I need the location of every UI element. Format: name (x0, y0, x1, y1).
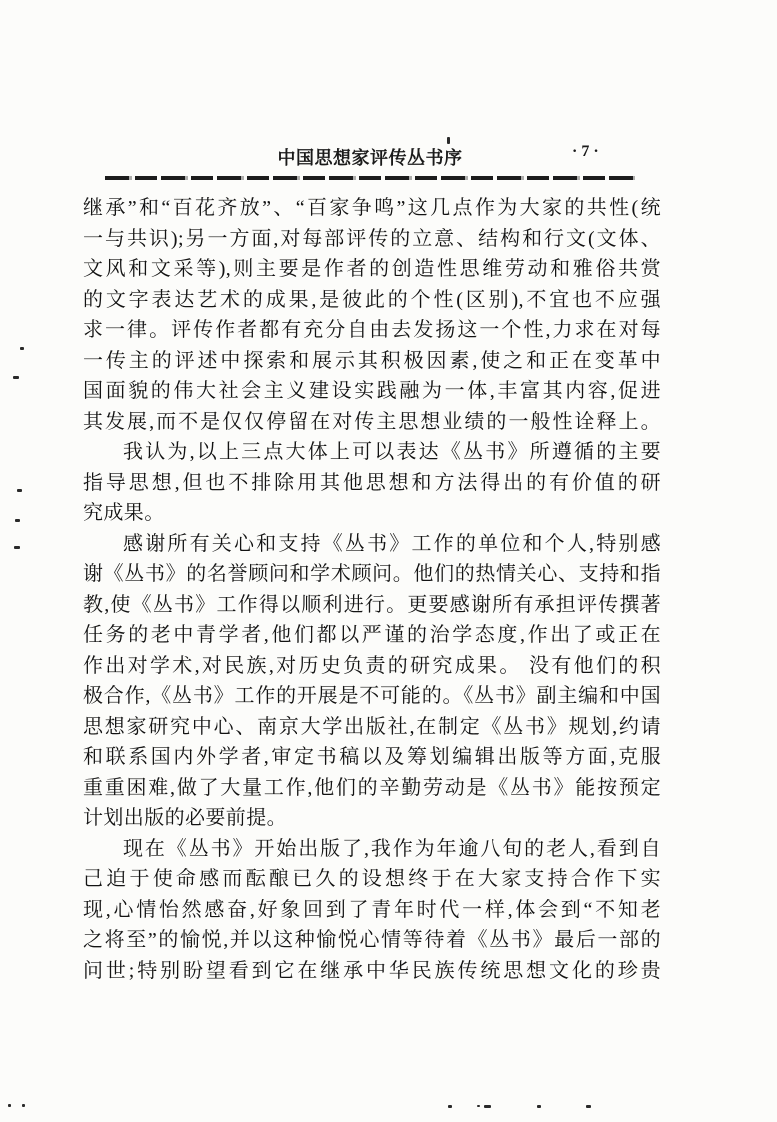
text-line: 文风和文采等),则主要是作者的创造性思维劳动和雅俗共赏 (83, 254, 661, 285)
scan-speck (20, 347, 24, 350)
text-line: 任务的老中青学者,他们都以严谨的治学态度,作出了或正在 (83, 620, 661, 651)
text-line: 和联系国内外学者,审定书稿以及筹划编辑出版等方面,克服 (83, 742, 661, 773)
scan-speck (14, 546, 20, 549)
text-line: 教,使《丛书》工作得以顺利进行。更要感谢所有承担评传撰著 (83, 590, 661, 621)
text-line: 一传主的评述中探索和展示其积极因素,使之和正在变革中 (83, 346, 661, 377)
text-line: 思想家研究中心、南京大学出版社,在制定《丛书》规划,约请 (83, 712, 661, 743)
text-line: 现在《丛书》开始出版了,我作为年逾八旬的老人,看到自 (83, 834, 661, 865)
text-line: 究成果。 (83, 498, 661, 529)
text-line: 其发展,而不是仅仅停留在对传主思想业绩的一般性诠释上。 (83, 407, 661, 438)
scan-speck (17, 489, 22, 492)
header-rule (105, 176, 635, 180)
text-line: 问世;特别盼望看到它在继承中华民族传统思想文化的珍贵 (83, 956, 661, 987)
scan-speck (8, 1104, 11, 1107)
scan-speck (537, 1105, 541, 1108)
scan-speck (477, 1105, 480, 1107)
text-line: 计划出版的必要前提。 (83, 803, 661, 834)
text-line: 现,心情怡然感奋,好象回到了青年时代一样,体会到“不知老 (83, 895, 661, 926)
text-line: 继承”和“百花齐放”、“百家争鸣”这几点作为大家的共性(统 (83, 193, 661, 224)
scan-speck (484, 1105, 491, 1108)
running-header-title: 中国思想家评传丛书序 (105, 144, 635, 170)
text-line: 极合作,《丛书》工作的开展是不可能的。《丛书》副主编和中国 (83, 681, 661, 712)
text-line: 感谢所有关心和支持《丛书》工作的单位和个人,特别感 (83, 529, 661, 560)
text-line: 求一律。评传作者都有充分自由去发扬这一个性,力求在对每 (83, 315, 661, 346)
text-line: 重重困难,做了大量工作,他们的辛勤劳动是《丛书》能按预定 (83, 773, 661, 804)
text-line: 国面貌的伟大社会主义建设实践融为一体,丰富其内容,促进 (83, 376, 661, 407)
scan-speck (15, 519, 20, 522)
text-line: 之将至”的愉悦,并以这种愉悦心情等待着《丛书》最后一部的 (83, 925, 661, 956)
text-line: 作出对学术,对民族,对历史负责的研究成果。 没有他们的积 (83, 651, 661, 682)
scan-speck (448, 1105, 452, 1108)
text-line: 己迫于使命感而酝酿已久的设想终于在大家支持合作下实 (83, 864, 661, 895)
text-line: 一与共识);另一方面,对每部评传的立意、结构和行文(文体、 (83, 224, 661, 255)
scan-speck (586, 1105, 591, 1108)
scan-speck (447, 137, 450, 144)
scanned-book-page: 中国思想家评传丛书序 · 7 · 继承”和“百花齐放”、“百家争鸣”这几点作为大… (0, 0, 777, 1122)
text-line: 的文字表达艺术的成果,是彼此的个性(区别),不宜也不应强 (83, 285, 661, 316)
page-body: 继承”和“百花齐放”、“百家争鸣”这几点作为大家的共性(统一与共识);另一方面,… (83, 193, 661, 986)
scan-speck (22, 1104, 25, 1107)
text-line: 我认为,以上三点大体上可以表达《丛书》所遵循的主要 (83, 437, 661, 468)
page-number: · 7 · (572, 143, 599, 161)
text-line: 指导思想,但也不排除用其他思想和方法得出的有价值的研 (83, 468, 661, 499)
scan-speck (13, 376, 19, 379)
text-line: 谢《丛书》的名誉顾问和学术顾问。他们的热情关心、支持和指 (83, 559, 661, 590)
